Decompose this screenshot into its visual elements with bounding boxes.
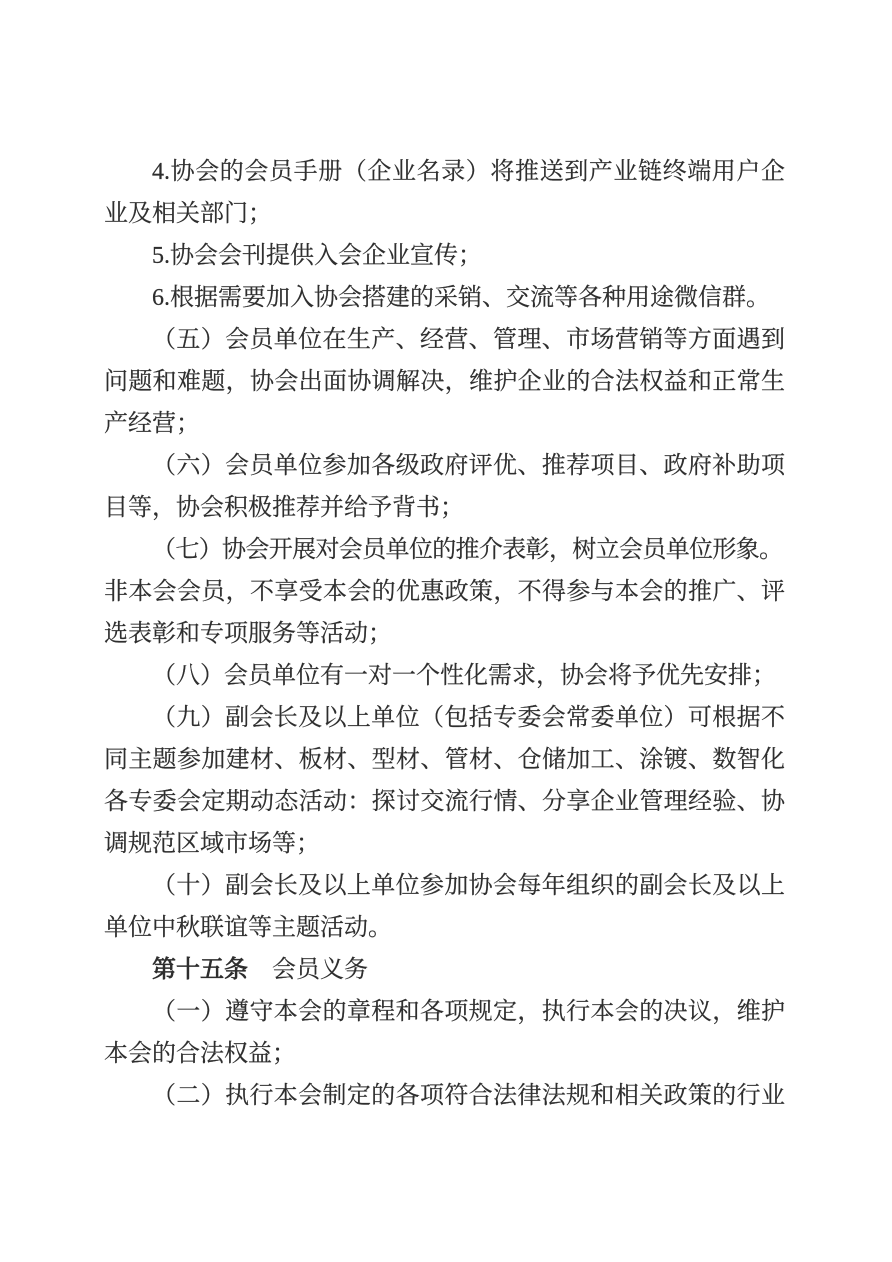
text-line: （一）遵守本会的章程和各项规定，执行本会的决议，维护	[104, 991, 785, 1033]
text-line: 6.根据需要加入协会搭建的采销、交流等各种用途微信群。	[104, 277, 785, 319]
text-line: 各专委会定期动态活动：探讨交流行情、分享企业管理经验、协	[104, 781, 785, 823]
document-page: 4.协会的会员手册（企业名录）将推送到产业链终端用户企业及相关部门；5.协会会刊…	[0, 0, 892, 1262]
text-line: 同主题参加建材、板材、型材、管材、仓储加工、涂镀、数智化	[104, 739, 785, 781]
text-line: 单位中秋联谊等主题活动。	[104, 907, 785, 949]
page-content: 4.协会的会员手册（企业名录）将推送到产业链终端用户企业及相关部门；5.协会会刊…	[104, 151, 785, 1117]
text-line: （六）会员单位参加各级政府评优、推荐项目、政府补助项	[104, 445, 785, 487]
text-line: 选表彰和专项服务等活动；	[104, 613, 785, 655]
text-line: 4.协会的会员手册（企业名录）将推送到产业链终端用户企	[104, 151, 785, 193]
text-line: （七）协会开展对会员单位的推介表彰，树立会员单位形象。	[104, 529, 785, 571]
text-line: （九）副会长及以上单位（包括专委会常委单位）可根据不	[104, 697, 785, 739]
text-line: （十）副会长及以上单位参加协会每年组织的副会长及以上	[104, 865, 785, 907]
text-line: 调规范区域市场等；	[104, 823, 785, 865]
text-line: （八）会员单位有一对一个性化需求，协会将予优先安排；	[104, 655, 785, 697]
article-number-bold: 第十五条	[152, 957, 248, 983]
text-line: 问题和难题，协会出面协调解决，维护企业的合法权益和正常生	[104, 361, 785, 403]
text-line: 第十五条 会员义务	[104, 949, 785, 991]
text-line: （二）执行本会制定的各项符合法律法规和相关政策的行业	[104, 1075, 785, 1117]
text-line: 业及相关部门；	[104, 193, 785, 235]
text-line: 目等，协会积极推荐并给予背书；	[104, 487, 785, 529]
text-line: 本会的合法权益；	[104, 1033, 785, 1075]
text-line: （五）会员单位在生产、经营、管理、市场营销等方面遇到	[104, 319, 785, 361]
text-line: 非本会会员，不享受本会的优惠政策，不得参与本会的推广、评	[104, 571, 785, 613]
text-line: 5.协会会刊提供入会企业宣传；	[104, 235, 785, 277]
text-line: 产经营；	[104, 403, 785, 445]
